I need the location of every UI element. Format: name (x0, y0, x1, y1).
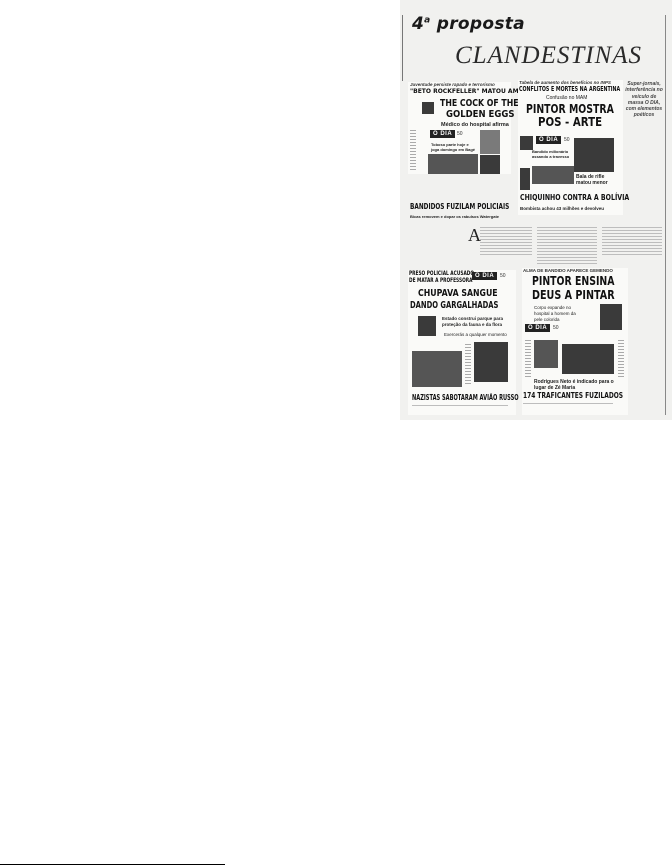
masthead-logo: O DIA (430, 130, 455, 138)
issue-number: 50 (500, 273, 506, 279)
newspaper-front-page-4: ALMA DE BANDIDO APARECE GEMENDO PINTOR E… (522, 268, 628, 415)
newspaper-front-page-1: Juventude persiste rapado e terrorismo "… (408, 82, 511, 174)
subhead: Confusão no MAM (546, 95, 587, 101)
issue-number: 50 (564, 137, 570, 143)
photo (532, 166, 574, 184)
kicker: ALMA DE BANDIDO APARECE GEMENDO (523, 268, 613, 273)
portrait-photo (480, 130, 500, 154)
newspaper-collage-figure: 4a proposta CLANDESTINAS Juventude persi… (400, 0, 672, 420)
headline: GOLDEN EGGS (446, 110, 514, 120)
headline: DEUS A PINTAR (532, 289, 615, 301)
teaser: Exercerás a qualquer momento (444, 332, 507, 337)
top-line: DE MATAR A PROFESSORA (409, 278, 472, 284)
side-column (410, 130, 416, 172)
bottom-subhead (412, 405, 508, 408)
issue-number: 50 (553, 325, 559, 331)
top-line: CONFLITOS E MORTES NA ARGENTINA (519, 86, 620, 93)
bottom-subhead: Bombista achou 43 milhões e devolveu (520, 206, 604, 211)
headline: POS - ARTE (538, 116, 602, 128)
teaser: Corpo expande no hospital a homem da pel… (534, 305, 584, 323)
footnote-separator (0, 864, 225, 865)
side-column (618, 340, 624, 378)
bottom-subhead (523, 403, 613, 406)
teaser: Estado construi parque para proteção da … (442, 316, 512, 327)
photo (520, 168, 530, 190)
bottom-subhead: Bicas removem e dopar os rabulsos Waterg… (410, 214, 499, 219)
caption: Bala de rifle matou menor (576, 174, 614, 186)
portrait-photo (418, 316, 436, 336)
photo (422, 102, 434, 114)
masthead-logo: O DIA (525, 324, 550, 332)
teaser: Bandido milionário assando a travesso (532, 149, 572, 159)
portrait-photo (480, 155, 500, 174)
photo (562, 344, 614, 374)
portrait-photo (600, 304, 622, 330)
body-text-column (602, 227, 662, 257)
figure-label: 4a proposta (412, 14, 525, 34)
photo (428, 154, 478, 174)
body-text-column (537, 227, 597, 265)
newspaper-front-page-3: PRESO POLICIAL ACUSADO DE MATAR A PROFES… (408, 270, 516, 415)
label-number: 4 (412, 14, 424, 34)
photo (574, 138, 614, 172)
headline: PINTOR ENSINA (532, 275, 615, 287)
teaser: Toboso parte hoje e joga domingo em Bagé (431, 142, 476, 152)
sidebar-note: Super-jornais, interferência no veículo … (624, 81, 664, 119)
masthead-logo: O DIA (536, 136, 561, 144)
headline: PINTOR MOSTRA (526, 103, 614, 115)
section-title: CLANDESTINAS (455, 42, 642, 70)
label-ordinal: a (424, 15, 430, 25)
photo (534, 340, 558, 368)
body-text-column (480, 227, 532, 257)
bottom-headline: 174 TRAFICANTES FUZILADOS (523, 392, 623, 400)
kicker: Juventude persiste rapado e terrorismo (410, 82, 495, 87)
figure-border-left (402, 15, 403, 81)
headline: CHUPAVA SANGUE (418, 289, 498, 299)
issue-number: 50 (457, 131, 463, 137)
newspaper-front-page-2: Tabela de aumento dos benefícios no INPS… (518, 80, 623, 215)
subhead: Médico do hospital afirma (441, 122, 509, 128)
headline: DANDO GARGALHADAS (410, 301, 498, 311)
bottom-headline: NAZISTAS SABOTARAM AVIÃO RUSSO (412, 394, 519, 402)
side-column (525, 340, 531, 378)
photo (412, 351, 462, 387)
masthead-logo: O DIA (472, 272, 497, 280)
side-column (465, 344, 471, 384)
bottom-headline: CHIQUINHO CONTRA A BOLÍVIA (520, 194, 629, 202)
portrait-photo (520, 136, 533, 150)
figure-border-right (665, 15, 666, 415)
caption: Rodrigues Neto é indicado para o lugar d… (534, 379, 614, 391)
portrait-photo (474, 342, 508, 382)
headline: THE COCK OF THE (440, 99, 519, 109)
bottom-headline: BANDIDOS FUZILAM POLICIAIS (410, 203, 509, 211)
label-word: proposta (437, 14, 525, 34)
